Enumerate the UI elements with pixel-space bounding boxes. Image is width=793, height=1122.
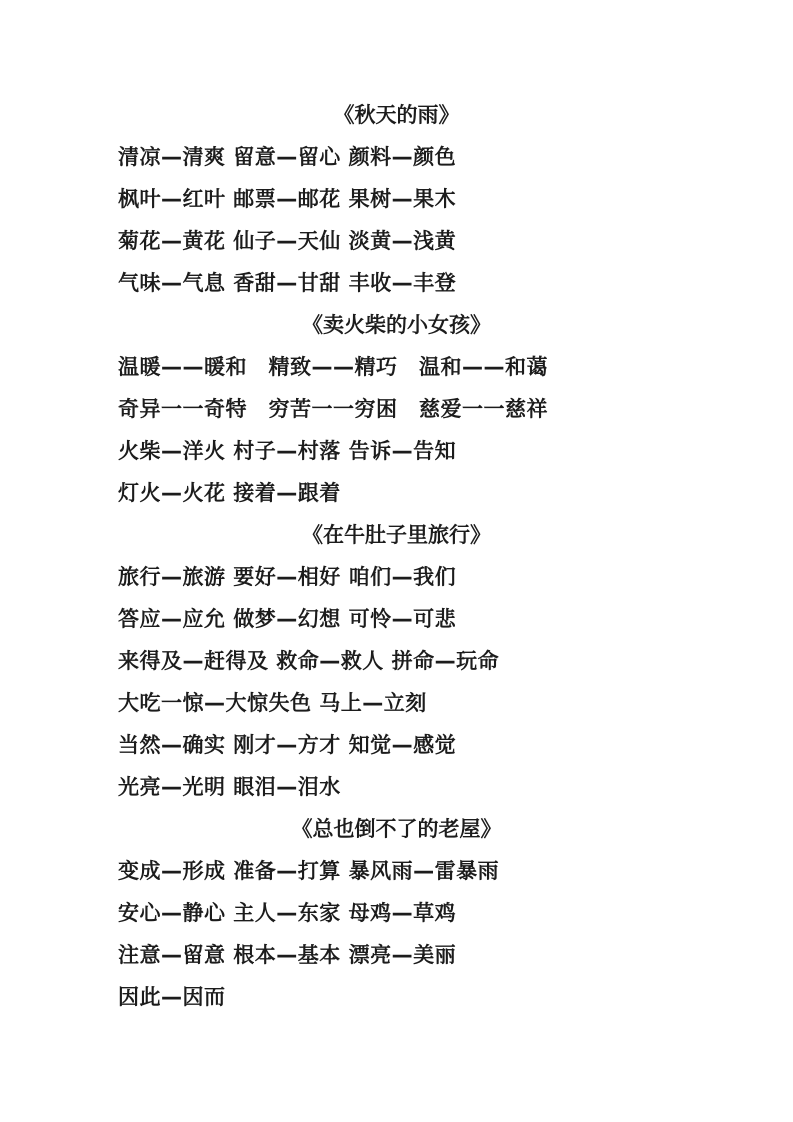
synonym-line: 注意—留意 根本—基本 漂亮—美丽: [118, 934, 675, 976]
synonym-line: 因此—因而: [118, 976, 675, 1018]
synonym-line: 当然—确实 刚才—方才 知觉—感觉: [118, 724, 675, 766]
synonym-line: 来得及—赶得及 救命—救人 拼命—玩命: [118, 640, 675, 682]
synonym-line: 变成—形成 准备—打算 暴风雨—雷暴雨: [118, 850, 675, 892]
synonym-line: 火柴—洋火 村子—村落 告诉—告知: [118, 430, 675, 472]
synonym-line: 温暖——暖和 精致——精巧 温和——和蔼: [118, 346, 675, 388]
synonym-line: 安心—静心 主人—东家 母鸡—草鸡: [118, 892, 675, 934]
lesson-title-travel-in-cow-belly: 《在牛肚子里旅行》: [118, 514, 675, 556]
synonym-line: 光亮—光明 眼泪—泪水: [118, 766, 675, 808]
lesson-title-old-house-never-falls: 《总也倒不了的老屋》: [118, 808, 675, 850]
synonym-line: 灯火—火花 接着—跟着: [118, 472, 675, 514]
synonym-line: 枫叶—红叶 邮票—邮花 果树—果木: [118, 178, 675, 220]
synonym-line: 奇异一一奇特 穷苦一一穷困 慈爱一一慈祥: [118, 388, 675, 430]
synonym-line: 气味—气息 香甜—甘甜 丰收—丰登: [118, 262, 675, 304]
synonym-line: 大吃一惊—大惊失色 马上—立刻: [118, 682, 675, 724]
lesson-title-little-match-girl: 《卖火柴的小女孩》: [118, 304, 675, 346]
synonym-line: 答应—应允 做梦—幻想 可怜—可悲: [118, 598, 675, 640]
synonym-line: 清凉—清爽 留意—留心 颜料—颜色: [118, 136, 675, 178]
lesson-title-autumn-rain: 《秋天的雨》: [118, 94, 675, 136]
synonym-line: 旅行—旅游 要好—相好 咱们—我们: [118, 556, 675, 598]
document-content: 《秋天的雨》 清凉—清爽 留意—留心 颜料—颜色 枫叶—红叶 邮票—邮花 果树—…: [118, 94, 675, 1018]
synonym-line: 菊花—黄花 仙子—天仙 淡黄—浅黄: [118, 220, 675, 262]
document-page: 《秋天的雨》 清凉—清爽 留意—留心 颜料—颜色 枫叶—红叶 邮票—邮花 果树—…: [0, 0, 793, 1122]
